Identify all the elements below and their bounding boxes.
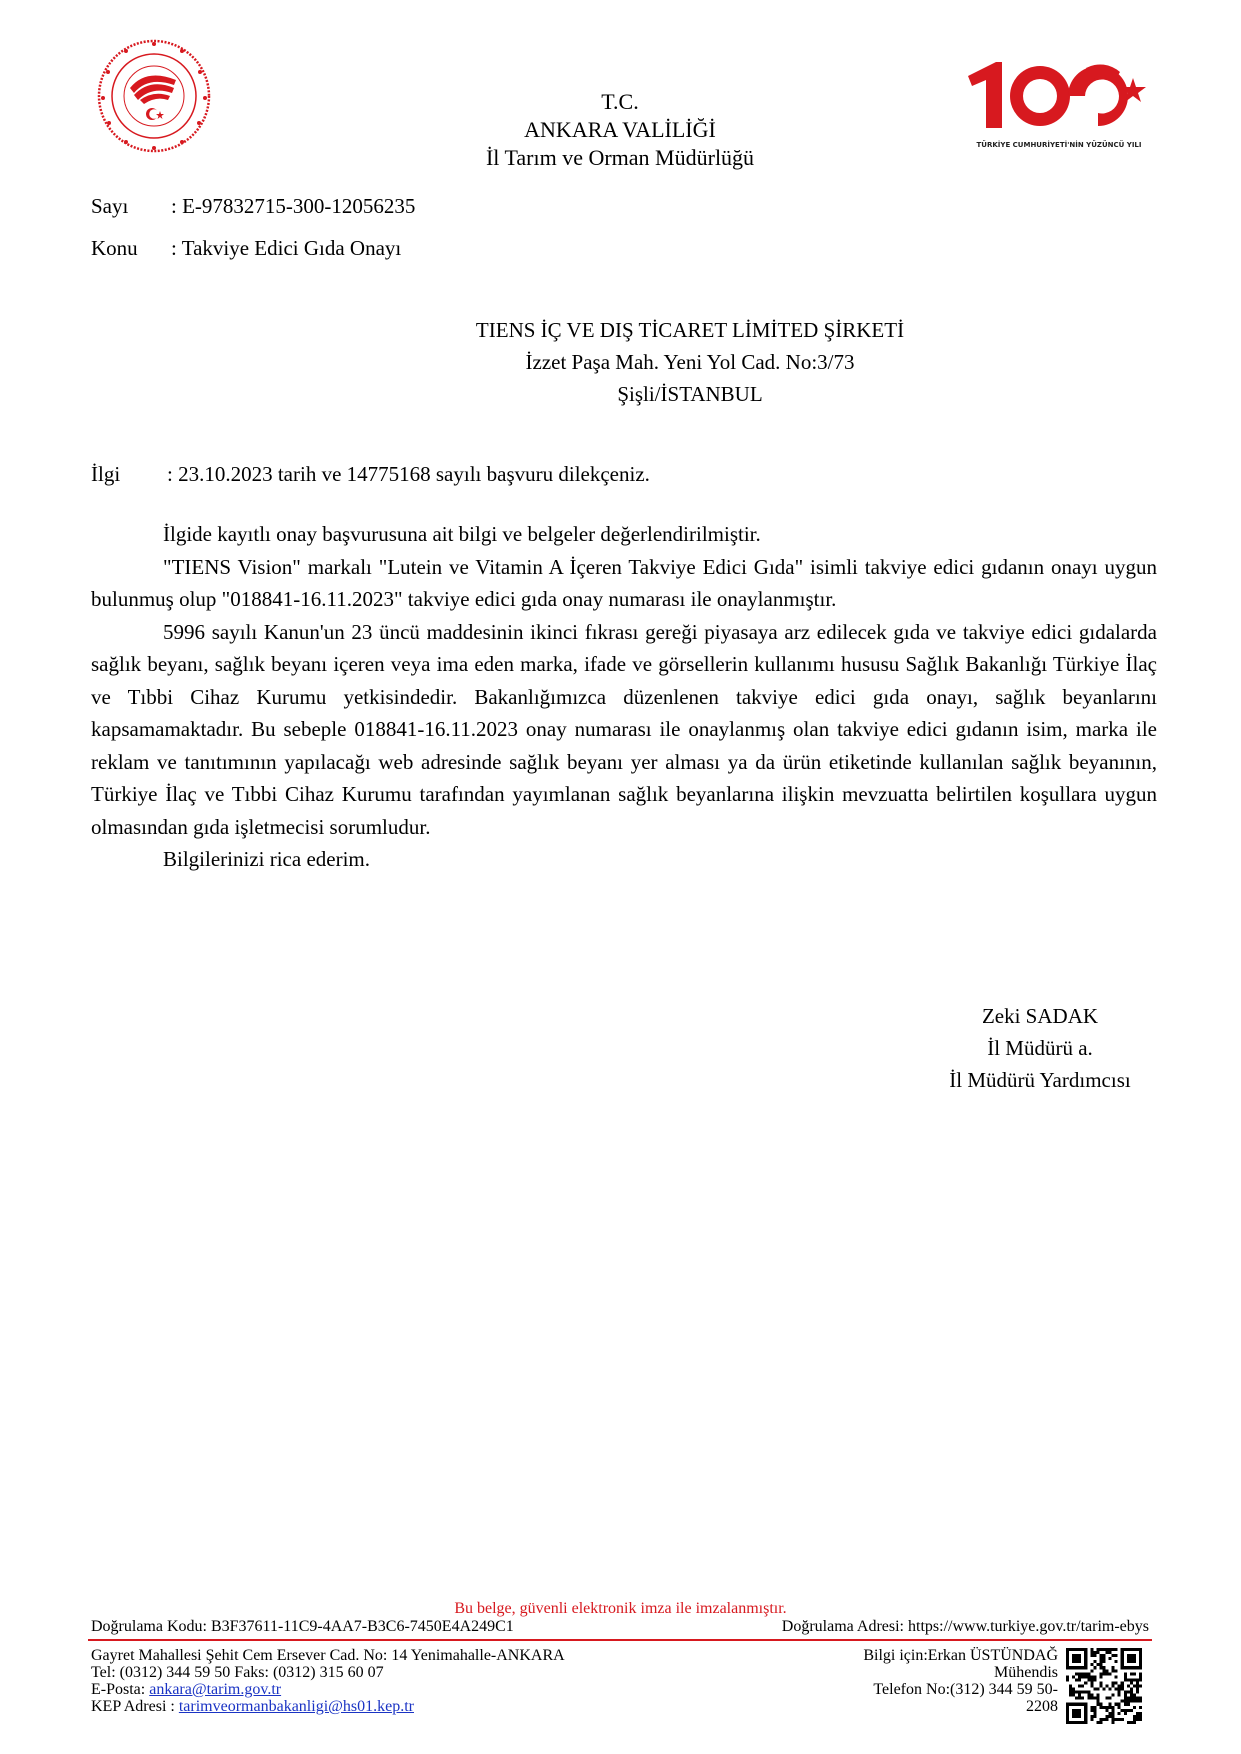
ministry-seal-icon [96, 38, 212, 154]
letter-body: İlgide kayıtlı onay başvurusuna ait bilg… [91, 518, 1157, 876]
sayi-label: Sayı [91, 194, 128, 219]
header-directorate: İl Tarım ve Orman Müdürlüğü [460, 144, 780, 172]
sayi-value: : E-97832715-300-12056235 [171, 194, 415, 219]
contact-person: Bilgi için:Erkan ÜSTÜNDAĞ [790, 1647, 1058, 1664]
email-row: E-Posta: ankara@tarim.gov.tr [91, 1681, 565, 1698]
verify-address-label: Doğrulama Adresi: [782, 1618, 904, 1635]
konu-row: Konu : Takviye Edici Gıda Onayı [91, 236, 691, 266]
contact-address-block: Gayret Mahallesi Şehit Cem Ersever Cad. … [91, 1647, 565, 1715]
recipient-block: TIENS İÇ VE DIŞ TİCARET LİMİTED ŞİRKETİ … [300, 314, 1080, 410]
konu-label: Konu [91, 236, 138, 261]
ilgi-label: İlgi [91, 462, 120, 487]
body-paragraph: "TIENS Vision" markalı "Lutein ve Vitami… [91, 551, 1157, 616]
office-phone-fax: Tel: (0312) 344 59 50 Faks: (0312) 315 6… [91, 1664, 565, 1681]
verification-code: Doğrulama Kodu: B3F37611-11C9-4AA7-B3C6-… [91, 1618, 514, 1635]
verify-code-label: Doğrulama Kodu: [91, 1618, 207, 1635]
verify-code-value: B3F37611-11C9-4AA7-B3C6-7450E4A249C1 [211, 1618, 514, 1635]
header-governorship: ANKARA VALİLİĞİ [460, 116, 780, 144]
kep-row: KEP Adresi : tarimveormanbakanligi@hs01.… [91, 1698, 565, 1715]
ilgi-row: İlgi : 23.10.2023 tarih ve 14775168 sayı… [91, 462, 991, 492]
body-paragraph: İlgide kayıtlı onay başvurusuna ait bilg… [91, 518, 1157, 551]
sayi-row: Sayı : E-97832715-300-12056235 [91, 194, 691, 224]
email-label: E-Posta: [91, 1681, 145, 1698]
footer-divider [88, 1639, 1152, 1641]
esign-notice: Bu belge, güvenli elektronik imza ile im… [0, 1600, 1241, 1617]
contact-person-block: Bilgi için:Erkan ÜSTÜNDAĞ Mühendis Telef… [790, 1647, 1058, 1715]
body-paragraph: 5996 sayılı Kanun'un 23 üncü maddesinin … [91, 616, 1157, 844]
signer-title-2: İl Müdürü Yardımcısı [920, 1064, 1160, 1096]
signature-block: Zeki SADAK İl Müdürü a. İl Müdürü Yardım… [920, 1000, 1160, 1096]
recipient-address: İzzet Paşa Mah. Yeni Yol Cad. No:3/73 [300, 346, 1080, 378]
header-tc: T.C. [460, 88, 780, 116]
office-address: Gayret Mahallesi Şehit Cem Ersever Cad. … [91, 1647, 565, 1664]
contact-phone: Telefon No:(312) 344 59 50- [790, 1681, 1058, 1698]
logo-caption: TÜRKİYE CUMHURİYETİ'NİN YÜZÜNCÜ YILI [968, 141, 1150, 149]
kep-link[interactable]: tarimveormanbakanligi@hs01.kep.tr [179, 1698, 414, 1715]
verify-address-link[interactable]: https://www.turkiye.gov.tr/tarim-ebys [908, 1618, 1149, 1635]
email-link[interactable]: ankara@tarim.gov.tr [149, 1681, 281, 1698]
header-title: T.C. ANKARA VALİLİĞİ İl Tarım ve Orman M… [460, 88, 780, 172]
recipient-city: Şişli/İSTANBUL [300, 378, 1080, 410]
signer-title-1: İl Müdürü a. [920, 1032, 1160, 1064]
kep-label: KEP Adresi : [91, 1698, 175, 1715]
verification-address: Doğrulama Adresi: https://www.turkiye.go… [782, 1618, 1149, 1635]
signer-name: Zeki SADAK [920, 1000, 1160, 1032]
body-paragraph: Bilgilerinizi rica ederim. [91, 843, 1157, 876]
recipient-name: TIENS İÇ VE DIŞ TİCARET LİMİTED ŞİRKETİ [300, 314, 1080, 346]
ilgi-value: : 23.10.2023 tarih ve 14775168 sayılı ba… [167, 462, 650, 487]
konu-value: : Takviye Edici Gıda Onayı [171, 236, 401, 261]
contact-title: Mühendis [790, 1664, 1058, 1681]
contact-extension: 2208 [790, 1698, 1058, 1715]
turkiye-100-logo-icon: TÜRKİYE CUMHURİYETİ'NİN YÜZÜNCÜ YILI [968, 58, 1150, 154]
qr-code-icon [1066, 1648, 1142, 1724]
